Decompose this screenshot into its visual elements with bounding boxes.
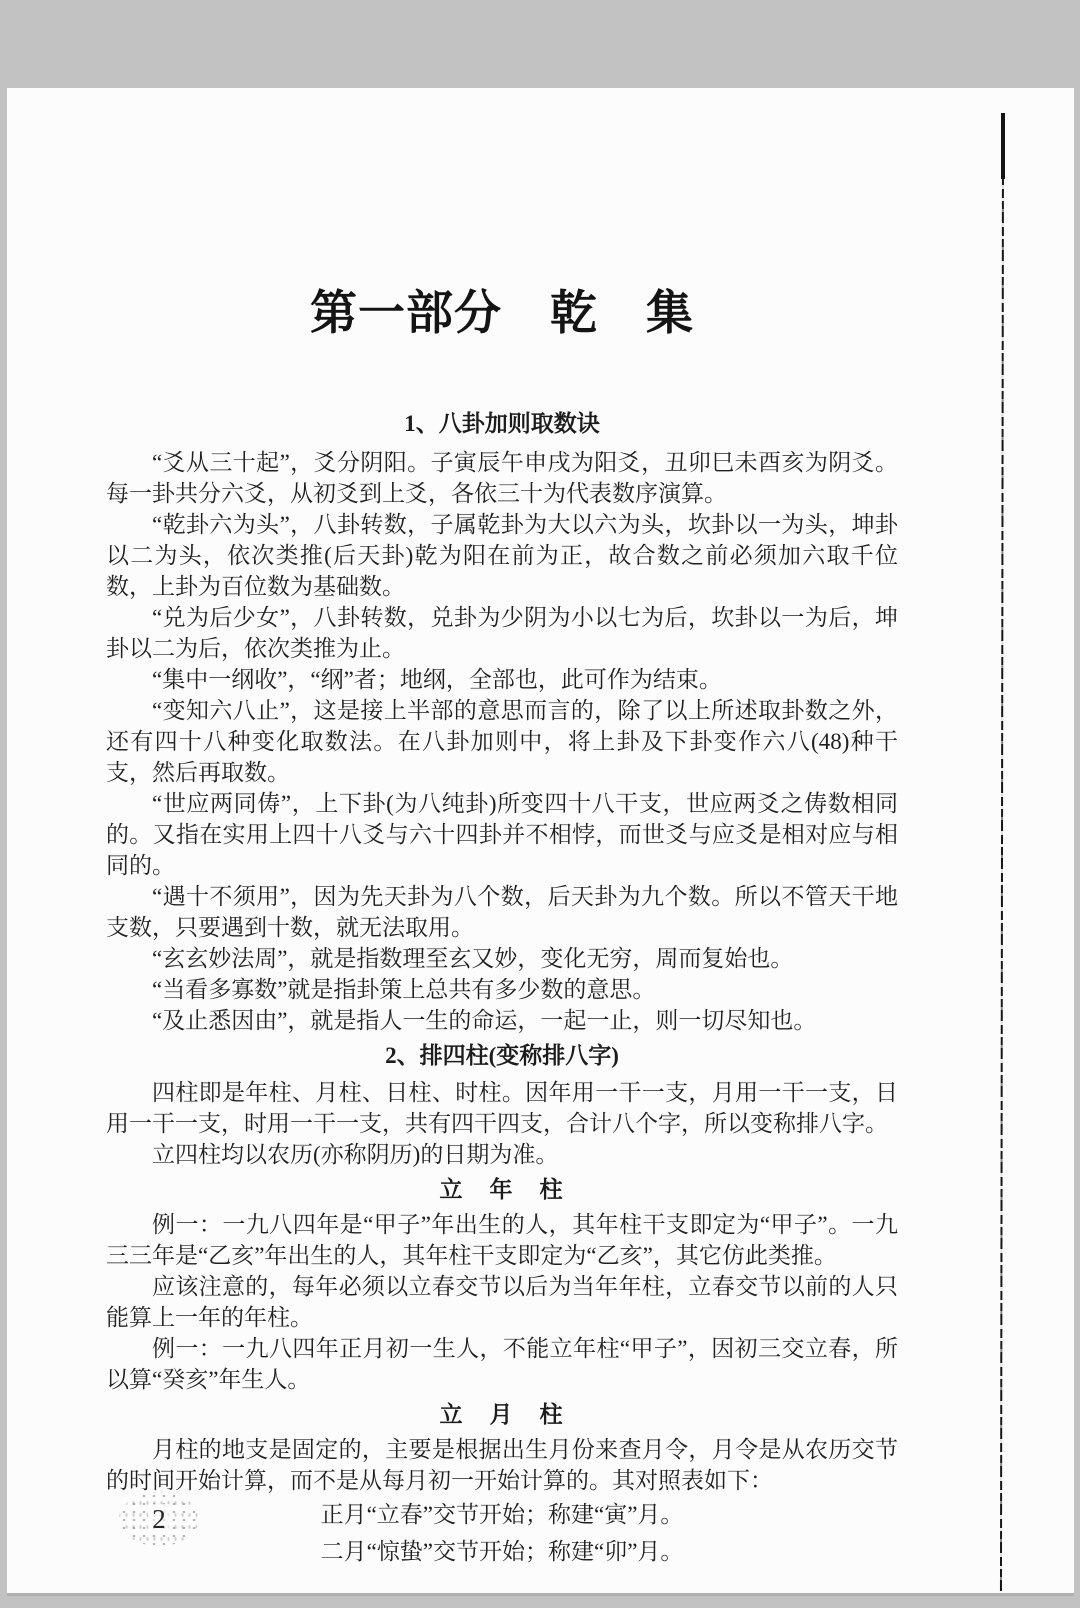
paragraph: 立四柱均以农历(亦称阴历)的日期为准。 (106, 1139, 898, 1170)
scanned-book-screenshot: 第一部分 乾 集 1、八卦加则取数诀 “爻从三十起”，爻分阴阳。子寅辰午申戌为阳… (0, 0, 1080, 1608)
page-number: 2 (148, 1504, 170, 1535)
paragraph: “集中一纲收”，“纲”者；地纲，全部也，此可作为结束。 (106, 664, 898, 695)
paragraph: 例一：一九八四年是“甲子”年出生的人，其年柱干支即定为“甲子”。一九三三年是“乙… (106, 1209, 898, 1271)
part-title: 第一部分 乾 集 (106, 284, 898, 344)
month-rule-line: 二月“惊蛰”交节开始；称建“卯”月。 (106, 1533, 898, 1570)
section-heading-1: 1、八卦加则取数诀 (106, 408, 898, 439)
paragraph: “兑为后少女”，八卦转数，兑卦为少阴为小以七为后，坎卦以一为后，坤卦以二为后，依… (106, 602, 898, 664)
subsection-heading-month-pillar: 立 月 柱 (106, 1399, 898, 1430)
paragraph: “玄玄妙法周”，就是指数理至玄又妙，变化无穷，周而复始也。 (106, 943, 898, 974)
book-page: 第一部分 乾 集 1、八卦加则取数诀 “爻从三十起”，爻分阴阳。子寅辰午申戌为阳… (7, 88, 1074, 1596)
scan-edge-line-top (1001, 113, 1005, 179)
paragraph: “爻从三十起”，爻分阴阳。子寅辰午申戌为阳爻，丑卯巳未酉亥为阴爻。每一卦共分六爻… (106, 447, 898, 509)
month-rule-line: 正月“立春”交节开始；称建“寅”月。 (106, 1496, 898, 1533)
paragraph: “变知六八止”，这是接上半部的意思而言的，除了以上所述取卦数之外，还有四十八种变… (106, 695, 898, 788)
paragraph: “乾卦六为头”，八卦转数，子属乾卦为大以六为头，坎卦以一为头，坤卦以二为头，依次… (106, 509, 898, 602)
page-content: 第一部分 乾 集 1、八卦加则取数诀 “爻从三十起”，爻分阴阳。子寅辰午申戌为阳… (106, 88, 898, 1570)
paragraph: 四柱即是年柱、月柱、日柱、时柱。因年用一干一支，月用一干一支，日用一干一支，时用… (106, 1077, 898, 1139)
paragraph: 应该注意的，每年必须以立春交节以后为当年年柱，立春交节以前的人只能算上一年的年柱… (106, 1271, 898, 1333)
paragraph: “遇十不须用”，因为先天卦为八个数，后天卦为九个数。所以不管天干地支数，只要遇到… (106, 881, 898, 943)
subsection-heading-year-pillar: 立 年 柱 (106, 1174, 898, 1205)
paragraph: “世应两同俦”，上下卦(为八纯卦)所变四十八干支，世应两爻之俦数相同的。又指在实… (106, 788, 898, 881)
paragraph: 例一：一九八四年正月初一生人，不能立年柱“甲子”，因初三交立春，所以算“癸亥”年… (106, 1333, 898, 1395)
paragraph: “当看多寡数”就是指卦策上总共有多少数的意思。 (106, 974, 898, 1005)
section-heading-2: 2、排四柱(变称排八字) (106, 1040, 898, 1071)
page-number-stamp: 2 (119, 1492, 199, 1546)
paragraph: 月柱的地支是固定的，主要是根据出生月份来查月令，月令是从农历交节的时间开始计算，… (106, 1434, 898, 1496)
scan-edge-line (1000, 113, 1004, 1591)
paragraph: “及止悉因由”，就是指人一生的命运，一起一止，则一切尽知也。 (106, 1005, 898, 1036)
